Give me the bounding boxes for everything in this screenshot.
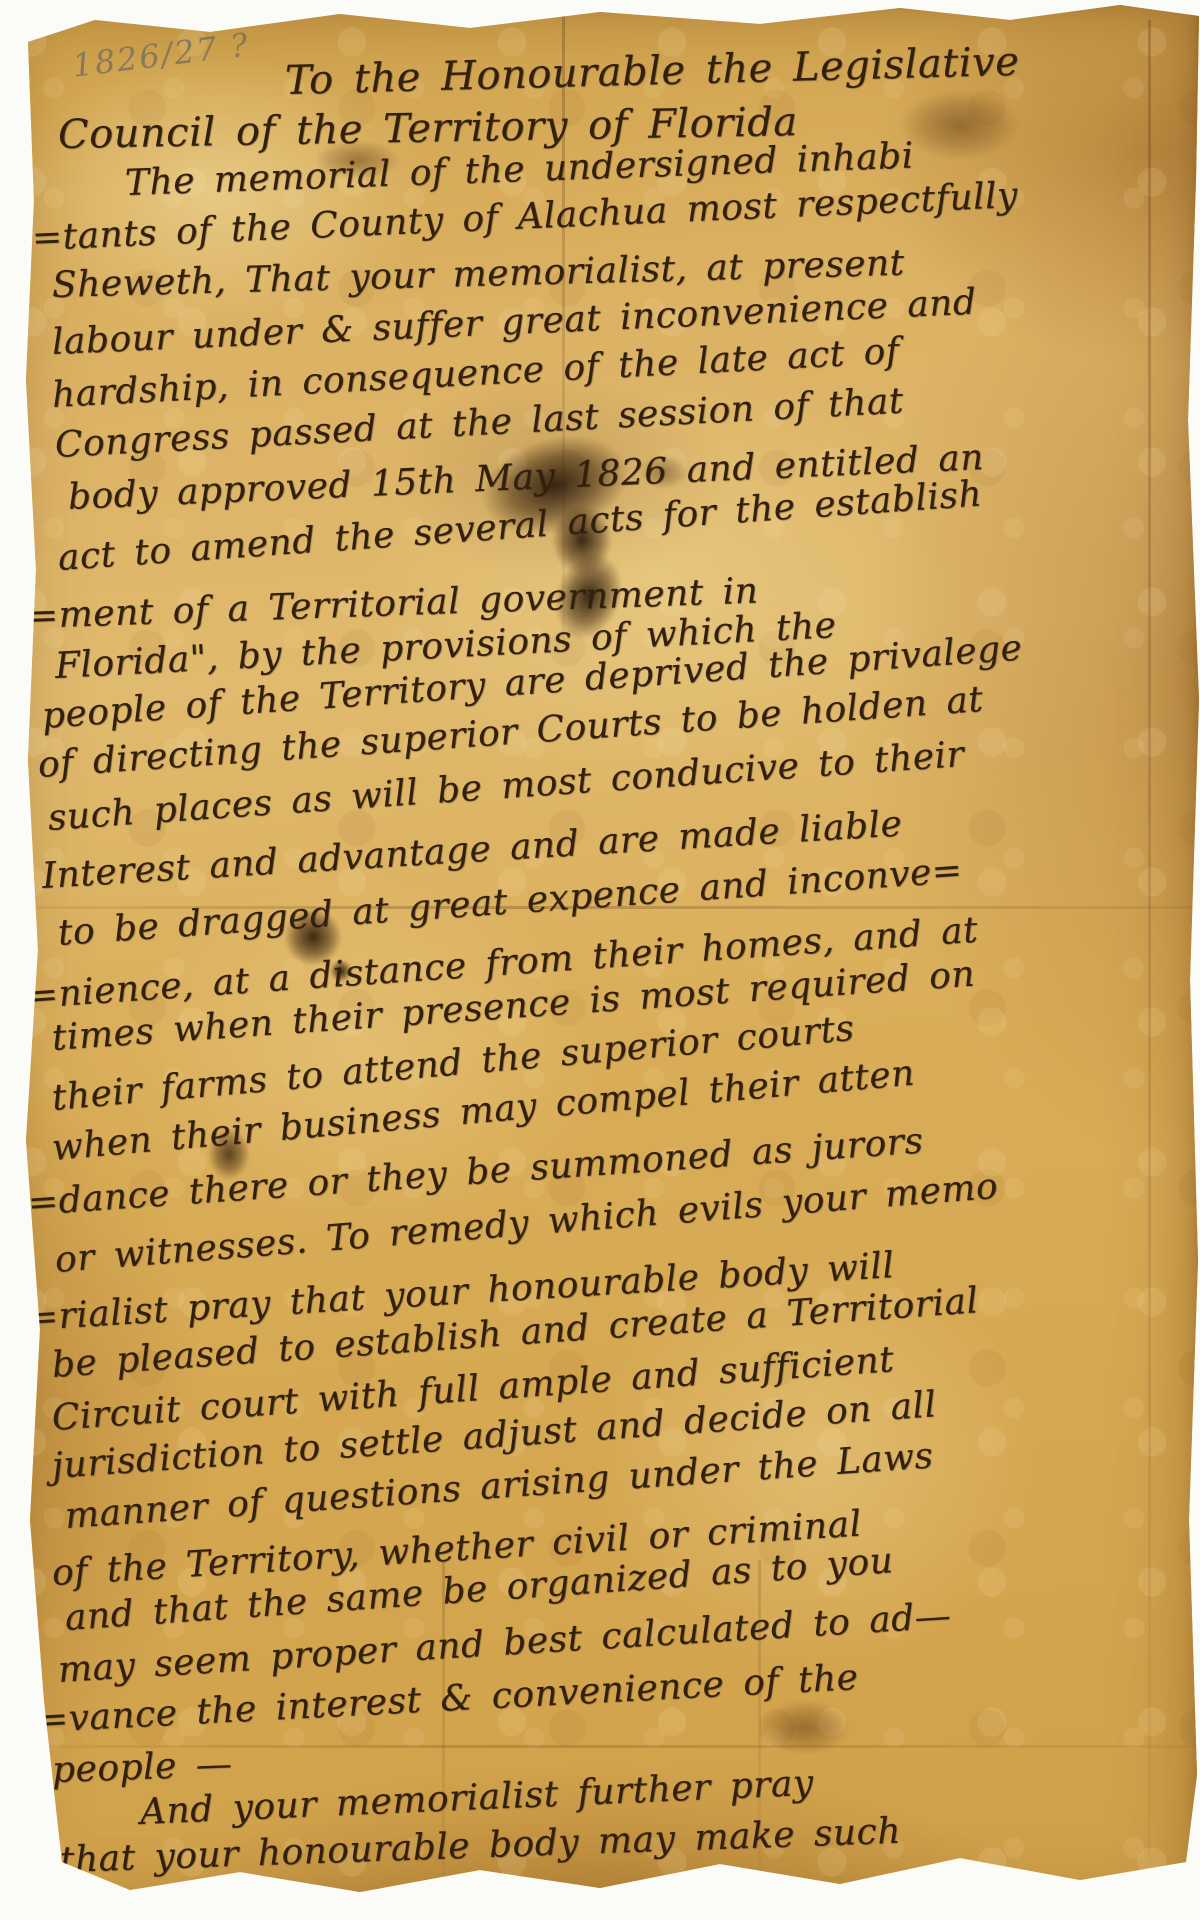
- fold-crease-vertical: [1148, 20, 1151, 1860]
- manuscript-line: To the Honourable the Legislative: [284, 39, 1020, 104]
- age-stain: [900, 90, 1020, 160]
- manuscript-line: people —: [51, 1744, 233, 1791]
- age-stain: [760, 1700, 850, 1755]
- paper-sheet: 1826/27 ? To the Honourable the Legislat…: [0, 0, 1200, 1920]
- document-scan: 1826/27 ? To the Honourable the Legislat…: [0, 0, 1200, 1920]
- archival-date-note: 1826/27 ?: [70, 25, 252, 84]
